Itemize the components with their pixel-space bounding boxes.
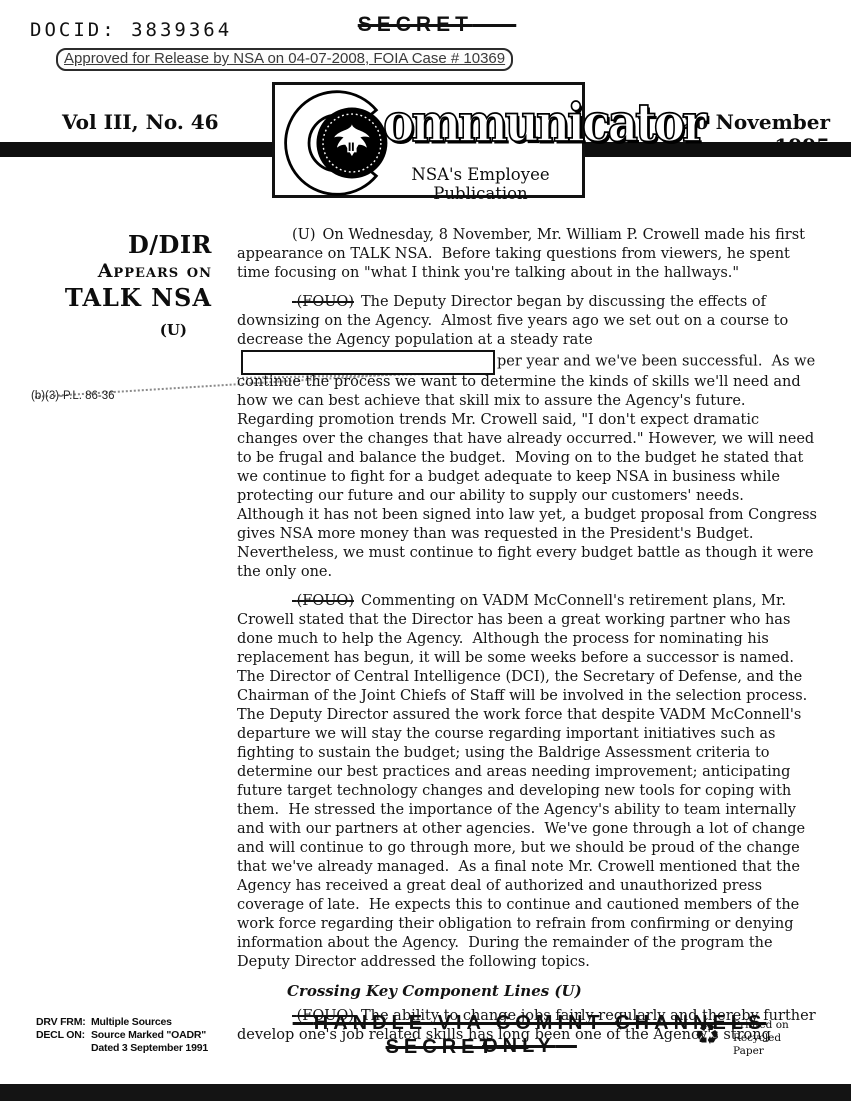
portion-marking: (U) xyxy=(292,227,323,243)
decl-value2: Dated 3 September 1991 xyxy=(91,1042,208,1055)
drv-value: Multiple Sources xyxy=(91,1016,172,1029)
classification-authority-block: DRV FRM: Multiple Sources DECL ON: Sourc… xyxy=(36,1016,208,1055)
decl-label: DECL ON: xyxy=(36,1029,91,1042)
recycled-paper-note: Printed on Recycled Paper xyxy=(733,1019,789,1058)
classification-banner-bottom: SECRET xyxy=(292,1036,622,1059)
bottom-rule xyxy=(0,1084,851,1101)
paragraph-2: (FOUO)The Deputy Director began by discu… xyxy=(237,293,819,582)
portion-marking-struck: (FOUO) xyxy=(292,593,361,609)
foia-approval-stamp: Approved for Release by NSA on 04-07-200… xyxy=(56,48,513,71)
article-title-line3: TALK NSA xyxy=(30,283,212,312)
publication-tagline: NSA's Employee Publication xyxy=(383,165,578,203)
nsa-seal-c-logo xyxy=(281,87,393,203)
publication-title: ommunicator xyxy=(383,93,704,155)
redaction-box xyxy=(241,350,495,375)
paragraph-text: Commenting on VADM McConnell's retiremen… xyxy=(237,593,817,970)
article-title-line2: Appears on xyxy=(30,260,212,282)
paragraph-text: On Wednesday, 8 November, Mr. William P.… xyxy=(237,227,810,281)
article-classification: (U) xyxy=(30,321,212,339)
article-title-line1: D/DIR xyxy=(30,230,212,259)
recycle-icon: ♻︎ xyxy=(694,1017,720,1051)
paragraph-text: per year and we've been successful. As w… xyxy=(237,354,822,581)
section-subheading: Crossing Key Component Lines (U) xyxy=(237,982,819,1001)
decl-row: DECL ON: Source Marked "OADR" xyxy=(36,1029,208,1042)
article-body: (U)On Wednesday, 8 November, Mr. William… xyxy=(237,226,819,1055)
drv-row: DRV FRM: Multiple Sources xyxy=(36,1016,208,1029)
classification-banner-top: SECRET xyxy=(352,13,522,37)
decl-row2: Dated 3 September 1991 xyxy=(36,1042,208,1055)
volume-number: Vol III, No. 46 xyxy=(62,110,219,134)
portion-marking-struck: (FOUO) xyxy=(292,294,361,310)
drv-label: DRV FRM: xyxy=(36,1016,91,1029)
communicator-logo-box: ommunicator NSA's Employee Publication xyxy=(272,82,585,198)
docid: DOCID: 3839364 xyxy=(30,19,232,41)
paragraph-3: (FOUO)Commenting on VADM McConnell's ret… xyxy=(237,592,819,972)
nsa-seal-icon xyxy=(281,87,393,199)
document-page: DOCID: 3839364 SECRET Approved for Relea… xyxy=(0,0,851,1101)
article-title-block: D/DIR Appears on TALK NSA (U) xyxy=(30,230,212,339)
redaction-exemption-note: (b)(3)-P.L. 86-36 xyxy=(31,390,115,402)
paragraph-1: (U)On Wednesday, 8 November, Mr. William… xyxy=(237,226,819,283)
decl-value: Source Marked "OADR" xyxy=(91,1029,206,1042)
